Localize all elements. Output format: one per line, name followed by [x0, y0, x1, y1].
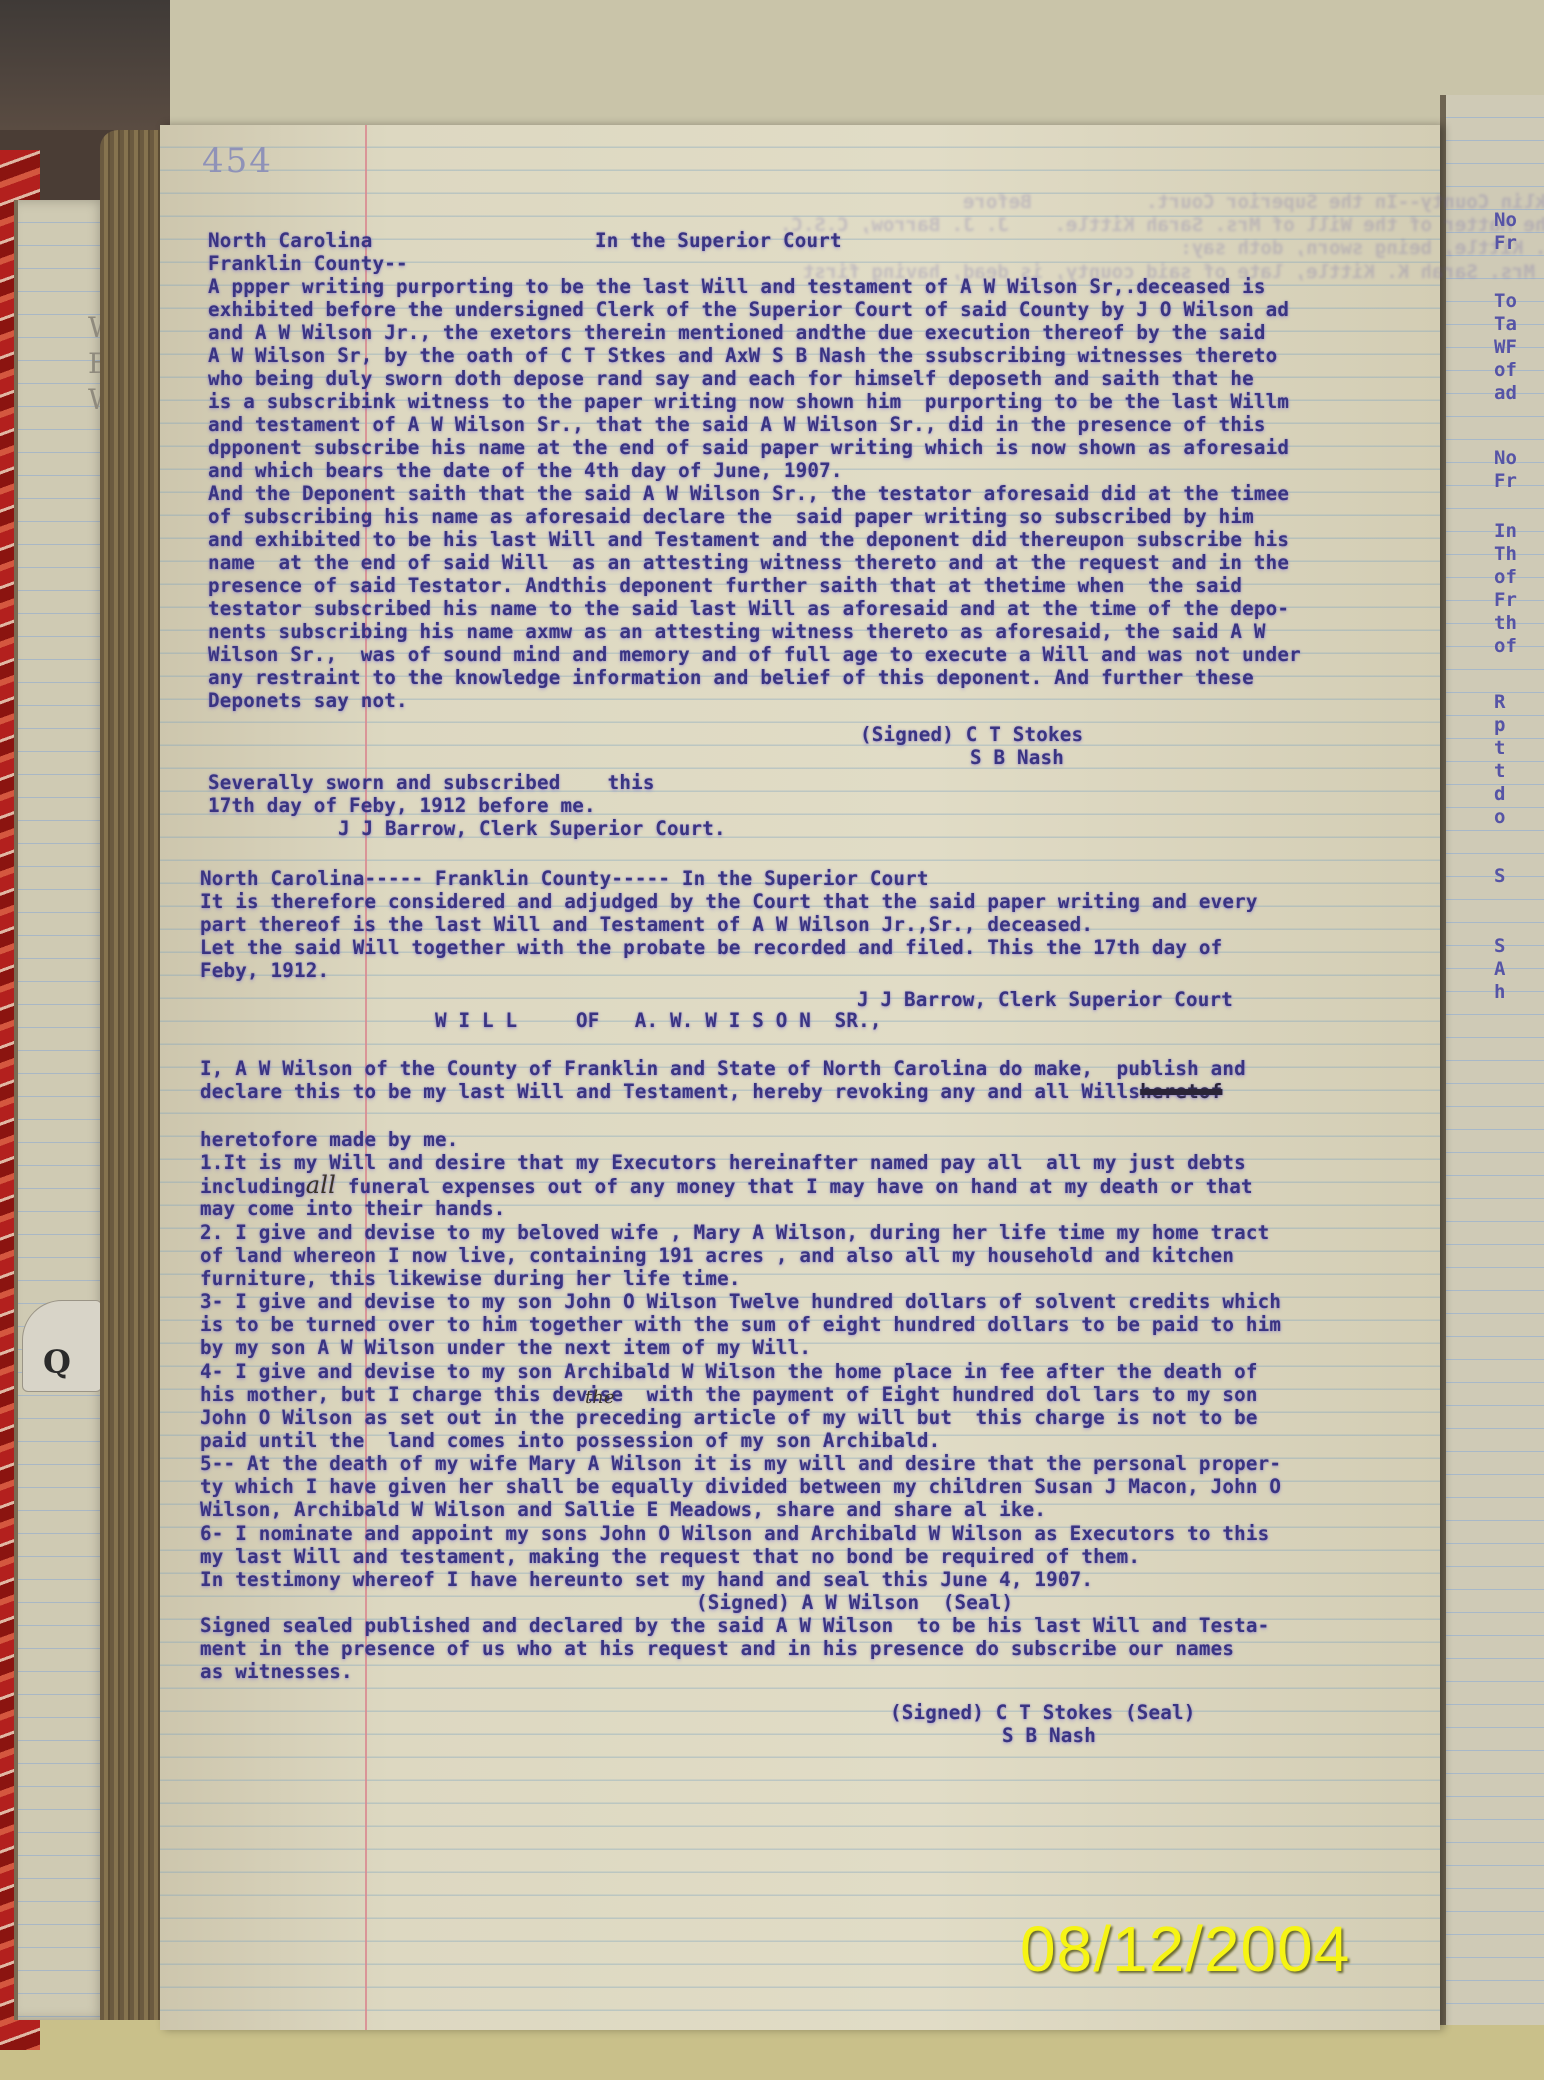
- probate-line: And the Deponent saith that the said A W…: [208, 482, 1289, 505]
- page-number: 454: [202, 141, 273, 181]
- will-item-line: 1.It is my Will and desire that my Execu…: [200, 1151, 1246, 1174]
- witness-signature-stokes: (Signed) C T Stokes (Seal): [890, 1701, 1196, 1724]
- will-item-line: paid until the land comes into possessio…: [200, 1429, 940, 1452]
- probate-line: exhibited before the undersigned Clerk o…: [208, 298, 1289, 321]
- probate-heading-state: North Carolina: [208, 229, 373, 252]
- struck-text: heretof: [1140, 1080, 1222, 1103]
- right-page-fragment: No Fr To Ta WF of ad No Fr In Th of Fr t…: [1440, 95, 1544, 2025]
- left-page-stack: W E W: [14, 200, 114, 2020]
- adjudication-line: North Carolina----- Franklin County-----…: [200, 867, 929, 890]
- background-surface: [170, 0, 1544, 140]
- testator-signature: (Signed) A W Wilson (Seal): [696, 1591, 1013, 1614]
- will-item-line: 5-- At the death of my wife Mary A Wilso…: [200, 1452, 1281, 1475]
- probate-line: A W Wilson Sr, by the oath of C T Stkes …: [208, 344, 1277, 367]
- index-tab[interactable]: Q: [22, 1300, 102, 1392]
- probate-signed-stokes: (Signed) C T Stokes: [860, 723, 1083, 746]
- adjudication-clerk-signature: J J Barrow, Clerk Superior Court: [857, 988, 1233, 1011]
- probate-signed-nash: S B Nash: [970, 746, 1064, 769]
- will-item-line: includingall funeral expenses out of any…: [200, 1174, 1253, 1198]
- photo-date-stamp: 08/12/2004: [1020, 1912, 1350, 1986]
- probate-line: A ppper writing purporting to be the las…: [208, 275, 1266, 298]
- handwritten-insert: all: [306, 1171, 336, 1199]
- probate-line: name at the end of said Will as an attes…: [208, 551, 1289, 574]
- ledger-page: 454 Franklin County--In the Superior Cou…: [160, 125, 1440, 2030]
- handwritten-insert: the: [585, 1387, 614, 1408]
- probate-line: any restraint to the knowledge informati…: [208, 666, 1254, 689]
- attestation-line: as witnesses.: [200, 1660, 353, 1683]
- will-item-line: 3- I give and devise to my son John O Wi…: [200, 1290, 1281, 1313]
- probate-line: and exhibited to be his last Will and Te…: [208, 528, 1289, 551]
- will-item-line: 4- I give and devise to my son Archibald…: [200, 1360, 1258, 1383]
- probate-heading-court: In the Superior Court: [595, 229, 842, 252]
- will-item-line: is to be turned over to him together wit…: [200, 1313, 1281, 1336]
- adjudication-line: Feby, 1912.: [200, 959, 329, 982]
- probate-line: is a subscribink witness to the paper wr…: [208, 390, 1289, 413]
- will-item-line: 6- I nominate and appoint my sons John O…: [200, 1522, 1269, 1545]
- probate-county: Franklin County--: [208, 252, 408, 275]
- probate-line: nents subscribing his name axmw as an at…: [208, 620, 1266, 643]
- sworn-date-line: 17th day of Feby, 1912 before me.: [208, 794, 596, 817]
- will-item-line: his mother, but I charge this devise wit…: [200, 1383, 1258, 1406]
- probate-line: dpponent subscribe his name at the end o…: [208, 436, 1289, 459]
- will-title: W I L L OF A. W. W I S O N SR.,: [435, 1009, 882, 1032]
- sworn-line: Severally sworn and subscribed this: [208, 771, 655, 794]
- will-intro-line: I, A W Wilson of the County of Franklin …: [200, 1057, 1246, 1080]
- adjudication-line: part thereof is the last Will and Testam…: [200, 913, 1093, 936]
- will-item-line: In testimony whereof I have hereunto set…: [200, 1568, 1093, 1591]
- attestation-line: ment in the presence of us who at his re…: [200, 1637, 1234, 1660]
- will-item-line: by my son A W Wilson under the next item…: [200, 1336, 811, 1359]
- bleed-through-text: Franklin County--In the Superior Court. …: [780, 191, 1544, 284]
- attestation-line: Signed sealed published and declared by …: [200, 1614, 1269, 1637]
- probate-line: of subscribing his name as aforesaid dec…: [208, 505, 1254, 528]
- page-edge-stack: [100, 130, 164, 2020]
- witness-signature-nash: S B Nash: [1002, 1724, 1096, 1747]
- adjudication-line: It is therefore considered and adjudged …: [200, 890, 1258, 913]
- probate-line: testator subscribed his name to the said…: [208, 597, 1289, 620]
- probate-line: and A W Wilson Jr., the exetors therein …: [208, 321, 1266, 344]
- clerk-signature: J J Barrow, Clerk Superior Court.: [338, 817, 726, 840]
- probate-line: Deponets say not.: [208, 689, 408, 712]
- probate-line: and testament of A W Wilson Sr., that th…: [208, 413, 1266, 436]
- will-item-line: Wilson, Archibald W Wilson and Sallie E …: [200, 1498, 1046, 1521]
- probate-line: presence of said Testator. Andthis depon…: [208, 574, 1242, 597]
- will-item-line: of land whereon I now live, containing 1…: [200, 1244, 1234, 1267]
- will-item-line: furniture, this likewise during her life…: [200, 1267, 741, 1290]
- probate-line: and which bears the date of the 4th day …: [208, 459, 843, 482]
- will-item-line: may come into their hands.: [200, 1197, 506, 1220]
- probate-line: Wilson Sr., was of sound mind and memory…: [208, 643, 1301, 666]
- will-intro-line: declare this to be my last Will and Test…: [200, 1080, 1222, 1103]
- will-intro-end: heretofore made by me.: [200, 1128, 459, 1151]
- will-item-line: John O Wilson as set out in the precedin…: [200, 1406, 1258, 1429]
- probate-line: who being duly sworn doth depose rand sa…: [208, 367, 1254, 390]
- adjudication-line: Let the said Will together with the prob…: [200, 936, 1222, 959]
- will-item-line: ty which I have given her shall be equal…: [200, 1475, 1281, 1498]
- will-item-line: 2. I give and devise to my beloved wife …: [200, 1221, 1269, 1244]
- index-tab-letter: Q: [43, 1343, 71, 1381]
- will-item-line: my last Will and testament, making the r…: [200, 1545, 1140, 1568]
